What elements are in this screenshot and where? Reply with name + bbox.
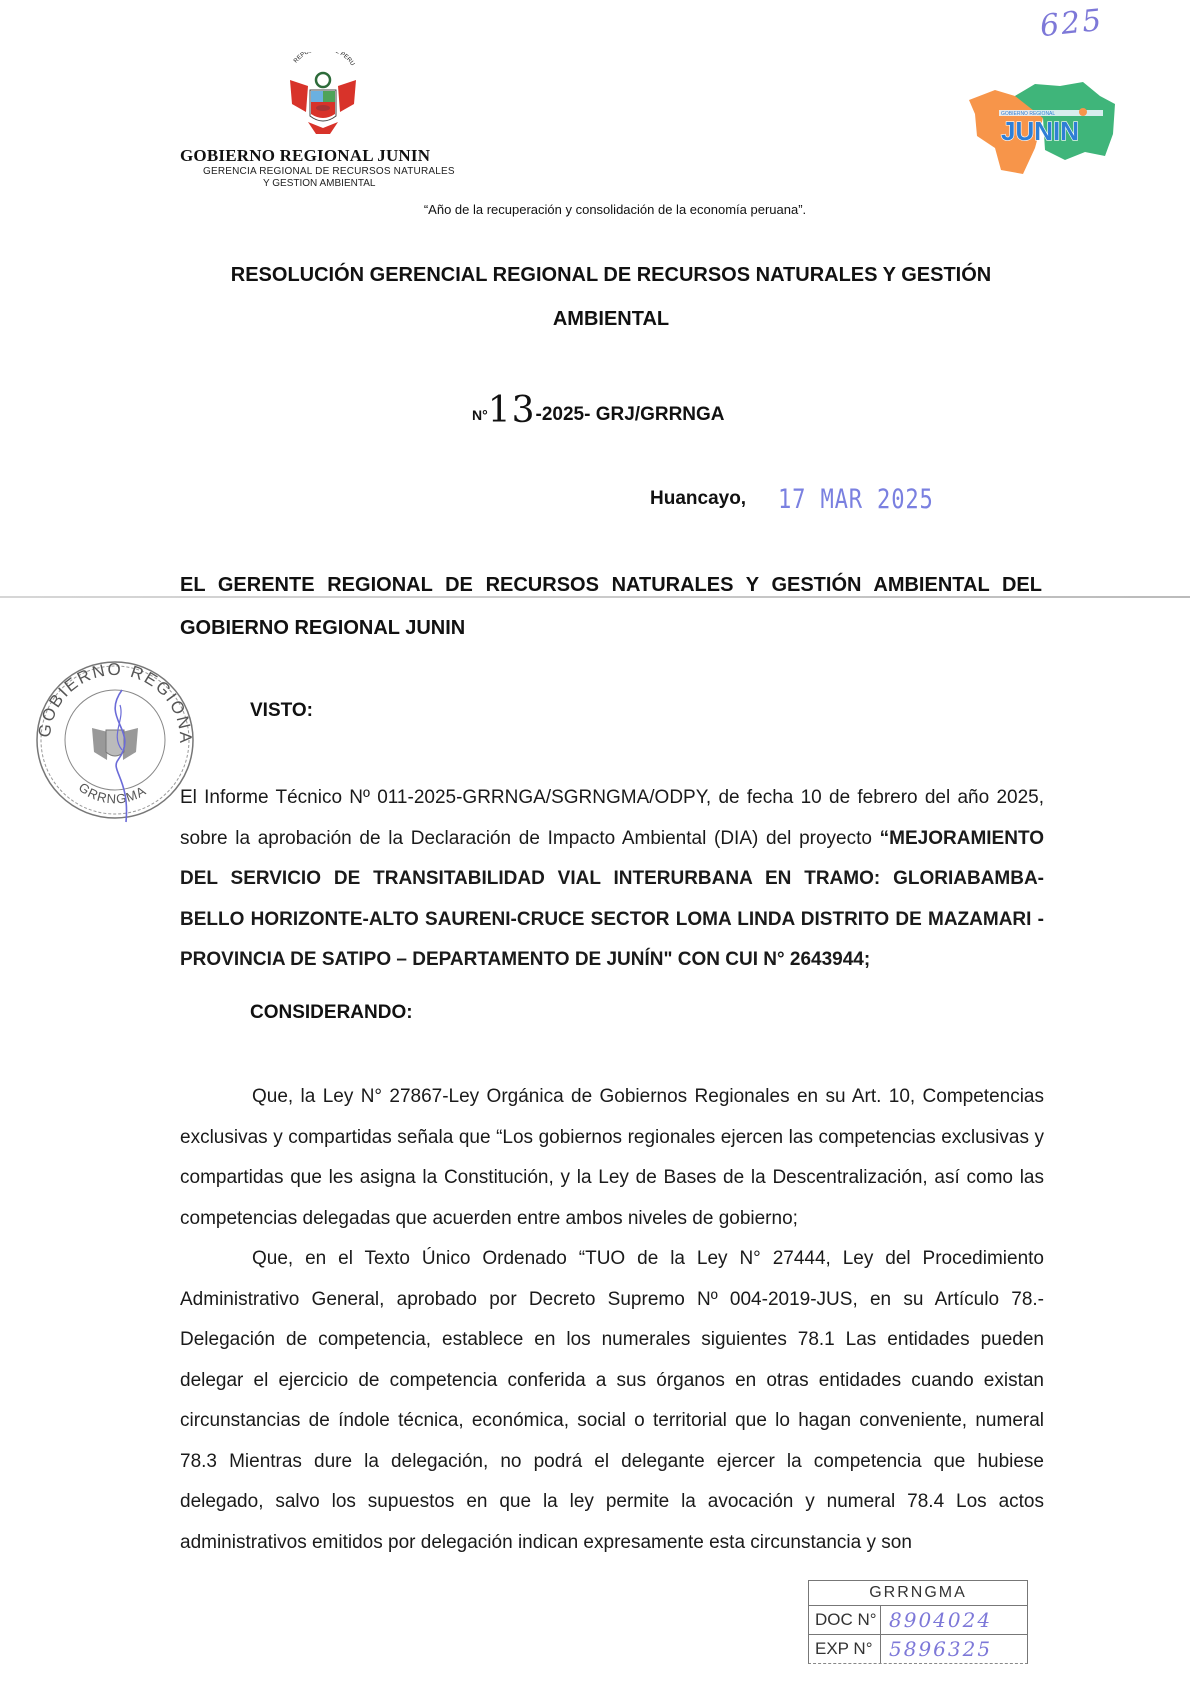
peru-coat-of-arms-icon: REPUBLICA DEL PERU [278,52,368,142]
number-prefix: N° [472,407,488,423]
considerando-body: Que, la Ley N° 27867-Ley Orgánica de Gob… [180,1077,1044,1563]
visto-paragraph: El Informe Técnico Nº 011-2025-GRRNGA/SG… [180,778,1044,981]
visto-heading: VISTO: [250,700,313,722]
date-stamp: 17 MAR 2025 [778,484,934,515]
considerando-heading: CONSIDERANDO: [250,1002,413,1024]
considerando-paragraph: Que, en el Texto Único Ordenado “TUO de … [180,1239,1044,1563]
resolution-number: N°13-2025- GRJ/GRRNGA [472,390,725,431]
exp-number-label: EXP N° [809,1635,881,1663]
junin-region-logo-icon: GOBIERNO REGIONAL JUNIN [965,78,1120,178]
svg-text:REPUBLICA DEL PERU: REPUBLICA DEL PERU [293,52,355,67]
stamp-title: GRRNGMA [809,1581,1027,1605]
number-value: 13 [488,390,536,431]
considerando-paragraph: Que, la Ley N° 27867-Ley Orgánica de Gob… [180,1077,1044,1239]
exp-number-value: 5896325 [881,1637,992,1661]
document-title-line1: RESOLUCIÓN GERENCIAL REGIONAL DE RECURSO… [0,264,1190,287]
issuer-line1: EL GERENTE REGIONAL DE RECURSOS NATURALE… [180,574,1042,597]
reception-stamp-box: GRRNGMA DOC N° 8904024 EXP N° 5896325 [808,1580,1028,1664]
org-subtitle-line1: GERENCIA REGIONAL DE RECURSOS NATURALES [203,166,455,177]
svg-text:JUNIN: JUNIN [1001,116,1079,146]
place: Huancayo, [650,488,746,510]
document-title-line2: AMBIENTAL [0,308,1190,331]
doc-number-value: 8904024 [881,1608,992,1632]
org-name: GOBIERNO REGIONAL JUNIN [180,146,430,166]
number-suffix: -2025- GRJ/GRRNGA [536,404,725,425]
doc-number-label: DOC N° [809,1606,881,1634]
handwritten-folio-number: 625 [1038,3,1105,44]
official-seal-icon: GOBIERNO REGIONAL JUNIN GRRNGMA [30,650,200,830]
svg-text:GRRNGMA: GRRNGMA [76,780,149,807]
org-subtitle-line2: Y GESTION AMBIENTAL [263,178,375,189]
issuer-line2: GOBIERNO REGIONAL JUNIN [180,617,465,640]
year-motto: “Año de la recuperación y consolidación … [0,202,1190,217]
